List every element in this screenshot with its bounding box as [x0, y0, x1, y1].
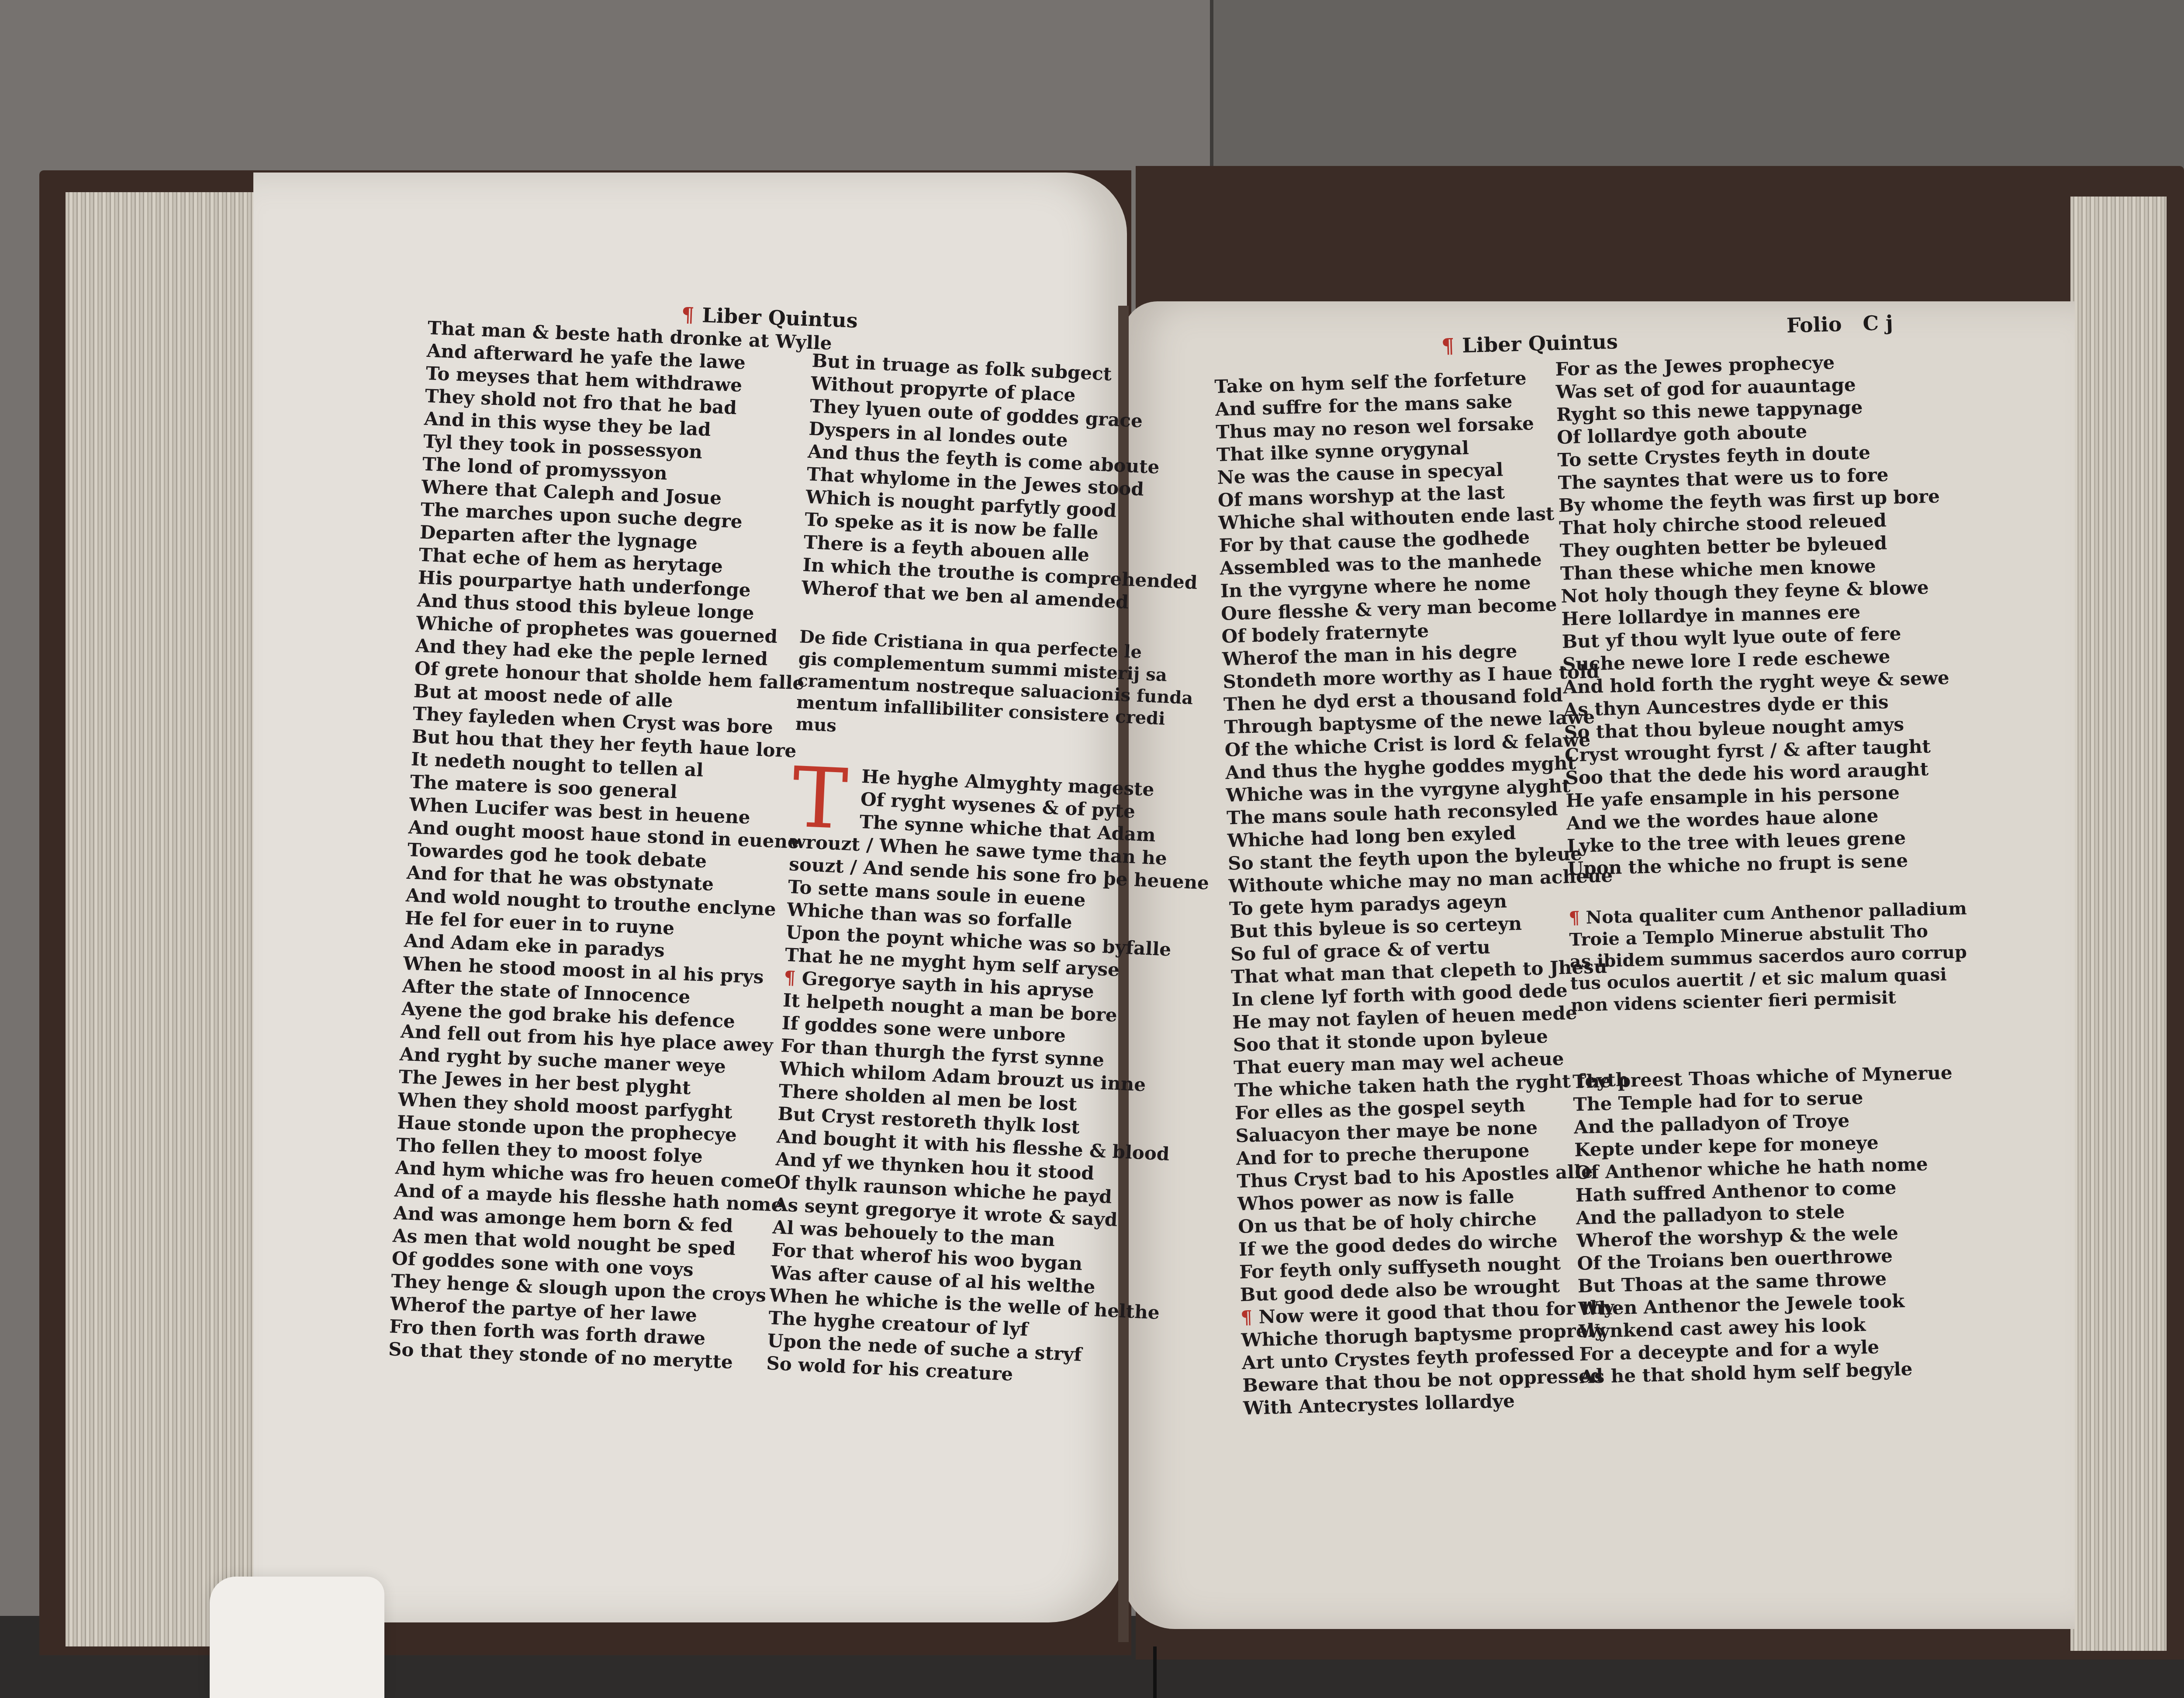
right-running-head: ¶Liber Quintus: [1441, 330, 1618, 358]
verse-block-bottom: It helpeth nought a man be boreIf goddes…: [766, 989, 1203, 1394]
folio-number: Folio C j: [1786, 311, 1893, 337]
verse-block-top: But in truage as folk subgectWithout pro…: [801, 349, 1232, 618]
red-initial-letter: T: [791, 765, 849, 833]
page-weight: [210, 1577, 384, 1698]
pilcrow-mark: ¶: [784, 967, 796, 989]
pilcrow-mark: ¶: [1569, 908, 1580, 928]
latin-marginal-note: ¶ Nota qualiter cum Anthenor palladium T…: [1569, 897, 1969, 1016]
running-head-text: Liber Quintus: [1462, 330, 1618, 357]
left-page-column-1: That man & beste hath dronke at WylleAnd…: [388, 317, 832, 1376]
latin-chapter-heading: De fide Cristiana in qua perfecte legis …: [795, 626, 1220, 754]
left-page-column-2: But in truage as folk subgectWithout pro…: [766, 349, 1232, 1394]
page-block-edge-left: [66, 192, 253, 1646]
book-stand-edge: [1153, 1646, 1157, 1698]
verse-block-drop-cap: T He hyghe Almyghty magesteOf ryght wyse…: [784, 762, 1214, 985]
pilcrow-mark: ¶: [1441, 334, 1455, 358]
pilcrow-mark: ¶: [681, 303, 695, 327]
page-block-edge-right: [2070, 197, 2167, 1651]
right-page-column-2: For as the Jewes prophecyeWas set of god…: [1555, 349, 1978, 1389]
pilcrow-mark: ¶: [1241, 1306, 1253, 1328]
